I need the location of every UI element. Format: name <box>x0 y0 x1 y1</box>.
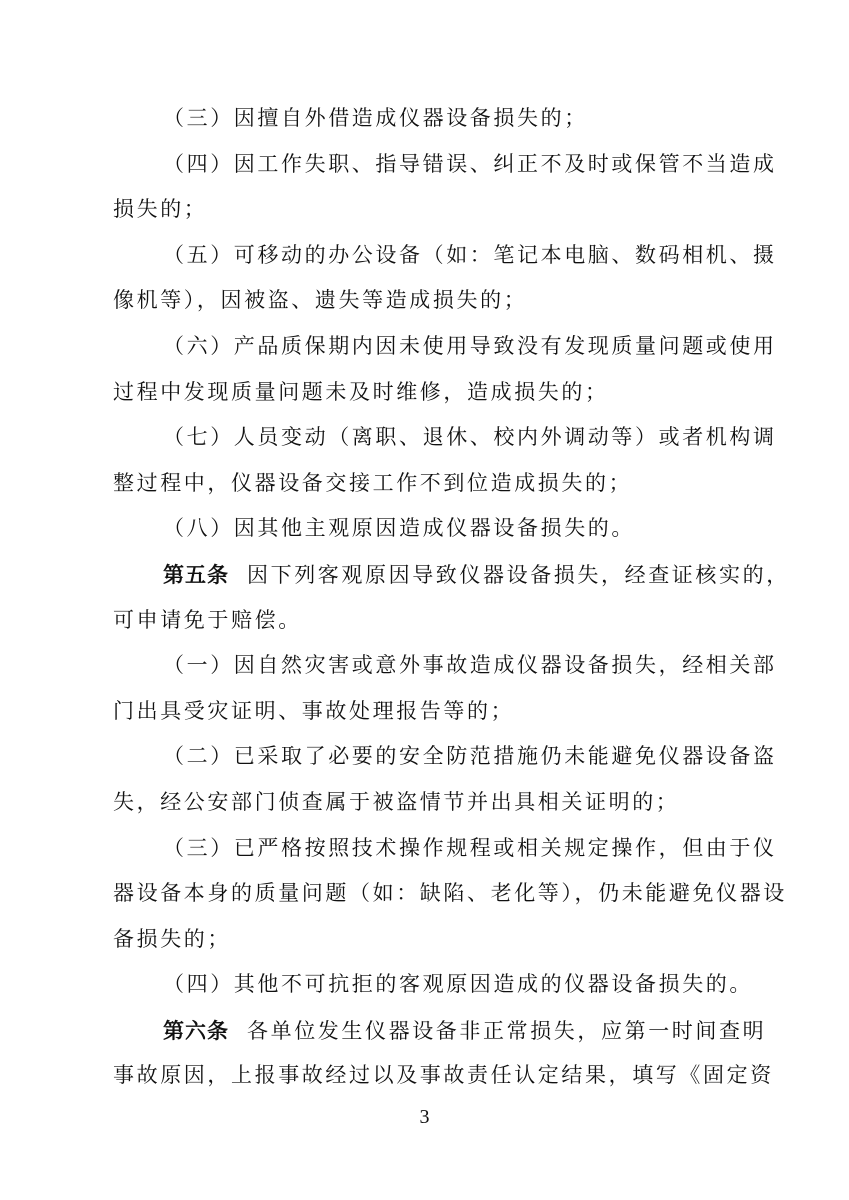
text-line: （二）已采取了必要的安全防范措施仍未能避免仪器设备盗 <box>113 734 758 780</box>
text-line: （八）因其他主观原因造成仪器设备损失的。 <box>113 506 758 552</box>
text-line: 失，经公安部门侦查属于被盗情节并出具相关证明的； <box>113 780 758 826</box>
text-line: （七）人员变动（离职、退休、校内外调动等）或者机构调 <box>113 415 758 461</box>
text-line: 器设备本身的质量问题（如：缺陷、老化等），仍未能避免仪器设 <box>113 871 758 917</box>
text-line: 门出具受灾证明、事故处理报告等的； <box>113 689 758 735</box>
article-label: 第六条 <box>163 1018 229 1043</box>
article-label: 第五条 <box>163 562 229 587</box>
document-page: （三）因擅自外借造成仪器设备损失的； （四）因工作失职、指导错误、纠正不及时或保… <box>113 96 758 1099</box>
text-line: 过程中发现质量问题未及时维修，造成损失的； <box>113 370 758 416</box>
text-line: （六）产品质保期内因未使用导致没有发现质量问题或使用 <box>113 324 758 370</box>
text-line: 整过程中，仪器设备交接工作不到位造成损失的； <box>113 461 758 507</box>
text-line: （三）因擅自外借造成仪器设备损失的； <box>113 96 758 142</box>
text-line: 像机等），因被盗、遗失等造成损失的； <box>113 278 758 324</box>
text-line: 可申请免于赔偿。 <box>113 598 758 644</box>
page-number: 3 <box>0 1106 849 1129</box>
text-line: （四）因工作失职、指导错误、纠正不及时或保管不当造成 <box>113 142 758 188</box>
article-heading-line: 第五条因下列客观原因导致仪器设备损失，经查证核实的， <box>113 552 758 598</box>
article-heading-line: 第六条各单位发生仪器设备非正常损失，应第一时间查明 <box>113 1008 758 1054</box>
text-line: （四）其他不可抗拒的客观原因造成的仪器设备损失的。 <box>113 962 758 1008</box>
text-line: 事故原因，上报事故经过以及事故责任认定结果，填写《固定资 <box>113 1053 758 1099</box>
text-line: 备损失的； <box>113 917 758 963</box>
text-line: （五）可移动的办公设备（如：笔记本电脑、数码相机、摄 <box>113 233 758 279</box>
text-line: 损失的； <box>113 187 758 233</box>
text-line: （一）因自然灾害或意外事故造成仪器设备损失，经相关部 <box>113 643 758 689</box>
text-line: （三）已严格按照技术操作规程或相关规定操作，但由于仪 <box>113 826 758 872</box>
